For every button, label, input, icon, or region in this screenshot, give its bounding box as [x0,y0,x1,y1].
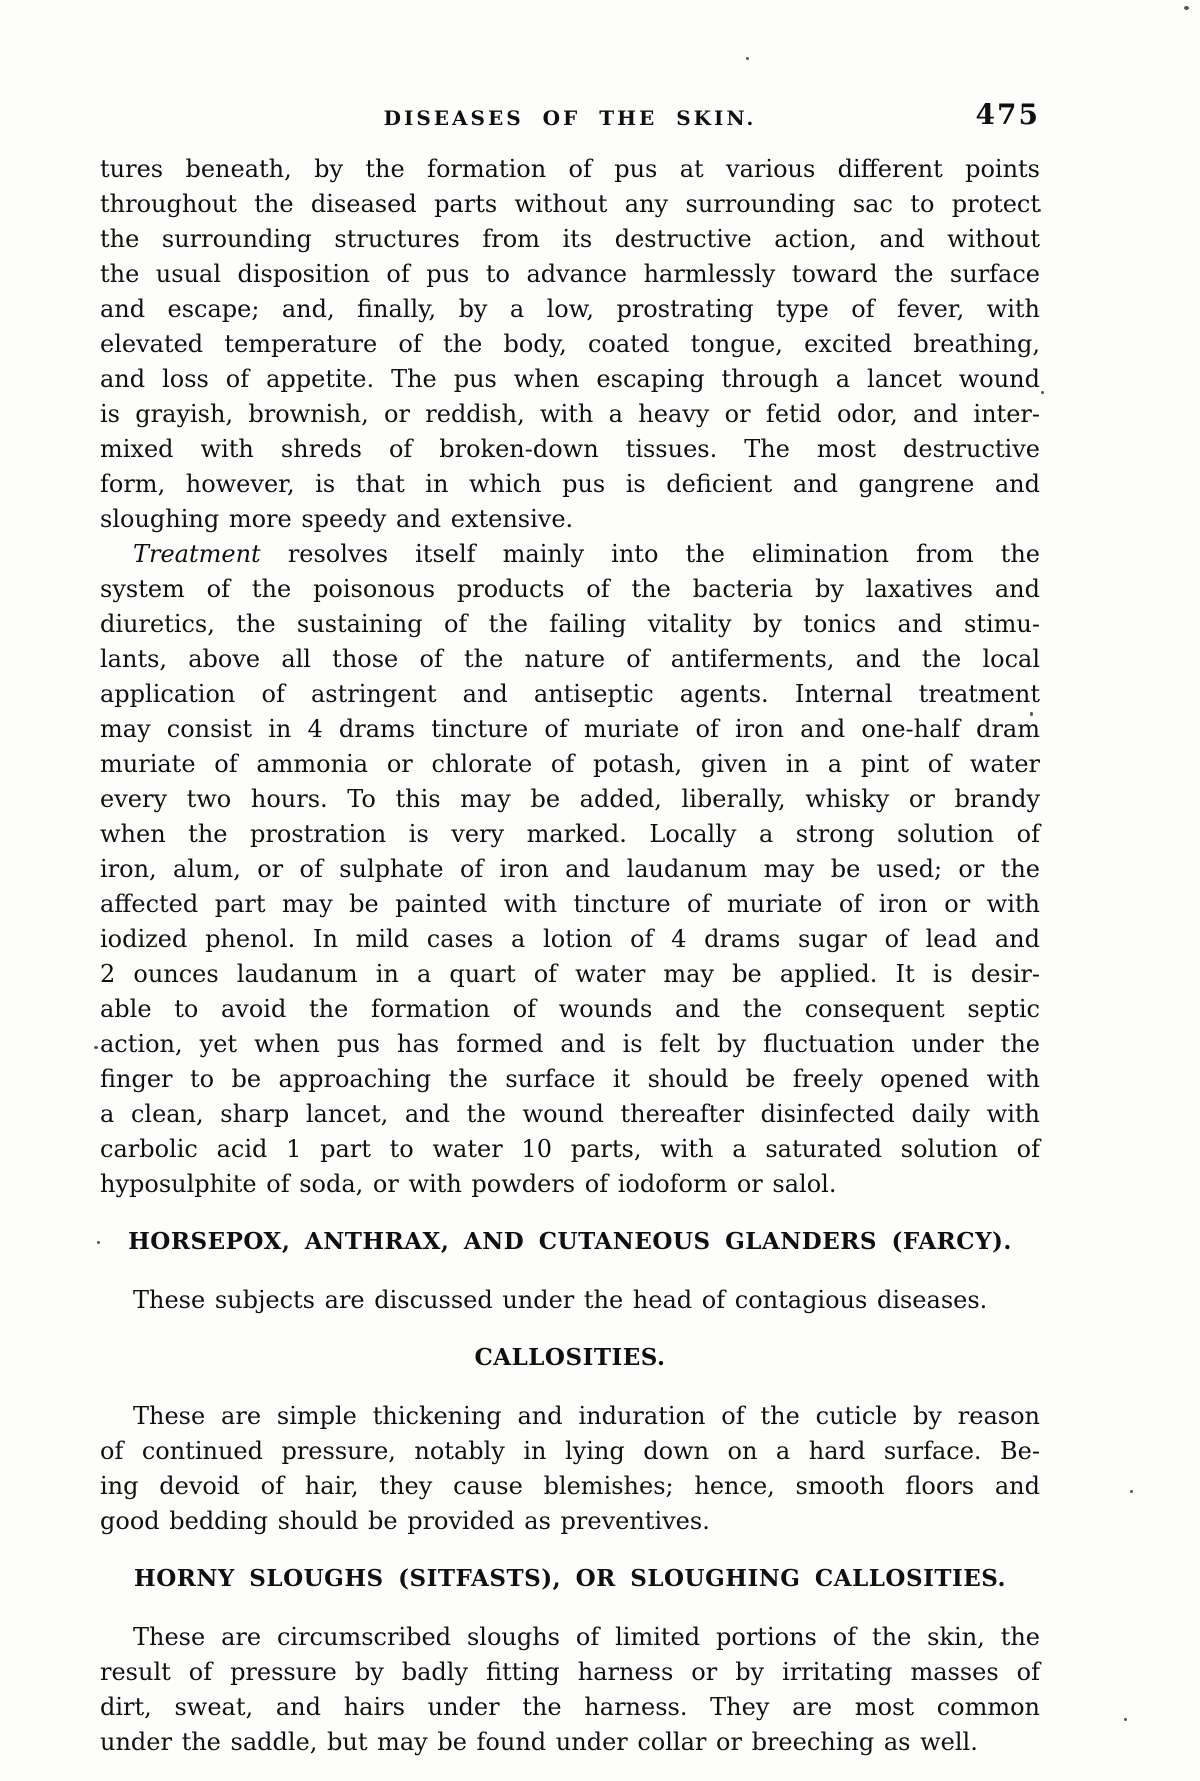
text-line: tures beneath, by the formation of pus a… [100,152,1040,187]
text-line: result of pressure by badly fitting harn… [100,1655,1040,1690]
scan-speck [746,57,749,60]
text-line: form, however, is that in which pus is d… [100,467,1040,502]
text-line: sloughing more speedy and extensive. [100,502,1040,537]
text-line: muriate of ammonia or chlorate of potash… [100,747,1040,782]
text-line: the usual disposition of pus to advance … [100,257,1040,292]
text-line: action, yet when pus has formed and is f… [100,1027,1040,1062]
text-line: elevated temperature of the body, coated… [100,327,1040,362]
text-line: able to avoid the formation of wounds an… [100,992,1040,1027]
paragraph-callosities: These are simple thickening and indurati… [100,1399,1040,1539]
text-line: throughout the diseased parts without an… [100,187,1040,222]
heading-horny-sloughs: HORNY SLOUGHS (SITFASTS), OR SLOUGHING C… [100,1564,1040,1594]
text-line: mixed with shreds of broken-down tissues… [100,432,1040,467]
text-line: application of astringent and antiseptic… [100,677,1040,712]
text-line: These subjects are discussed under the h… [100,1283,1040,1318]
heading-callosities: CALLOSITIES. [100,1343,1040,1373]
text-line: lants, above all those of the nature of … [100,642,1040,677]
text-line: Treatment resolves itself mainly into th… [100,537,1040,572]
page-body: tures beneath, by the formation of pus a… [100,152,1040,1760]
text-line: affected part may be painted with tinctu… [100,887,1040,922]
scan-speck [1124,1718,1127,1721]
text-line-rest: resolves itself mainly into the eliminat… [288,540,1040,568]
text-line: a clean, sharp lancet, and the wound the… [100,1097,1040,1132]
paragraph-abscess-continuation: tures beneath, by the formation of pus a… [100,152,1040,537]
scan-speck [94,1046,98,1049]
paragraph-treatment: Treatment resolves itself mainly into th… [100,537,1040,1202]
text-line: and loss of appetite. The pus when escap… [100,362,1040,397]
text-line: These are circumscribed sloughs of limit… [100,1620,1040,1655]
text-line: good bedding should be provided as preve… [100,1504,1040,1539]
text-line: finger to be approaching the surface it … [100,1062,1040,1097]
book-page: DISEASES OF THE SKIN. 475 tures beneath,… [0,0,1200,1781]
text-line: may consist in 4 drams tincture of muria… [100,712,1040,747]
text-line: ing devoid of hair, they cause blemishes… [100,1469,1040,1504]
scan-speck [1184,6,1189,10]
text-line: iodized phenol. In mild cases a lotion o… [100,922,1040,957]
scan-speck [97,1241,100,1244]
text-line: 2 ounces laudanum in a quart of water ma… [100,957,1040,992]
text-line: diuretics, the sustaining of the failing… [100,607,1040,642]
text-line: when the prostration is very marked. Loc… [100,817,1040,852]
scan-speck [1030,712,1033,716]
text-line: These are simple thickening and indurati… [100,1399,1040,1434]
text-line: is grayish, brownish, or reddish, with a… [100,397,1040,432]
page-number: 475 [976,98,1040,131]
heading-horsepox-anthrax-glanders: HORSEPOX, ANTHRAX, AND CUTANEOUS GLANDER… [100,1227,1040,1257]
text-line: and escape; and, finally, by a low, pros… [100,292,1040,327]
text-line: under the saddle, but may be found under… [100,1725,1040,1760]
text-line: system of the poisonous products of the … [100,572,1040,607]
scan-speck [1130,1490,1133,1493]
page-header: DISEASES OF THE SKIN. 475 [100,102,1040,135]
text-line: the surrounding structures from its dest… [100,222,1040,257]
italic-lead-word: Treatment [133,540,261,568]
paragraph-contagious-note: These subjects are discussed under the h… [100,1283,1040,1318]
text-line: iron, alum, or of sulphate of iron and l… [100,852,1040,887]
text-line: hyposulphite of soda, or with powders of… [100,1167,1040,1202]
scan-speck [1038,209,1041,212]
running-title: DISEASES OF THE SKIN. [384,106,757,130]
scan-speck [1041,391,1044,394]
text-line: carbolic acid 1 part to water 10 parts, … [100,1132,1040,1167]
scan-speck [1013,1712,1016,1715]
text-line: of continued pressure, notably in lying … [100,1434,1040,1469]
paragraph-horny-sloughs: These are circumscribed sloughs of limit… [100,1620,1040,1760]
text-line: every two hours. To this may be added, l… [100,782,1040,817]
text-line: dirt, sweat, and hairs under the harness… [100,1690,1040,1725]
